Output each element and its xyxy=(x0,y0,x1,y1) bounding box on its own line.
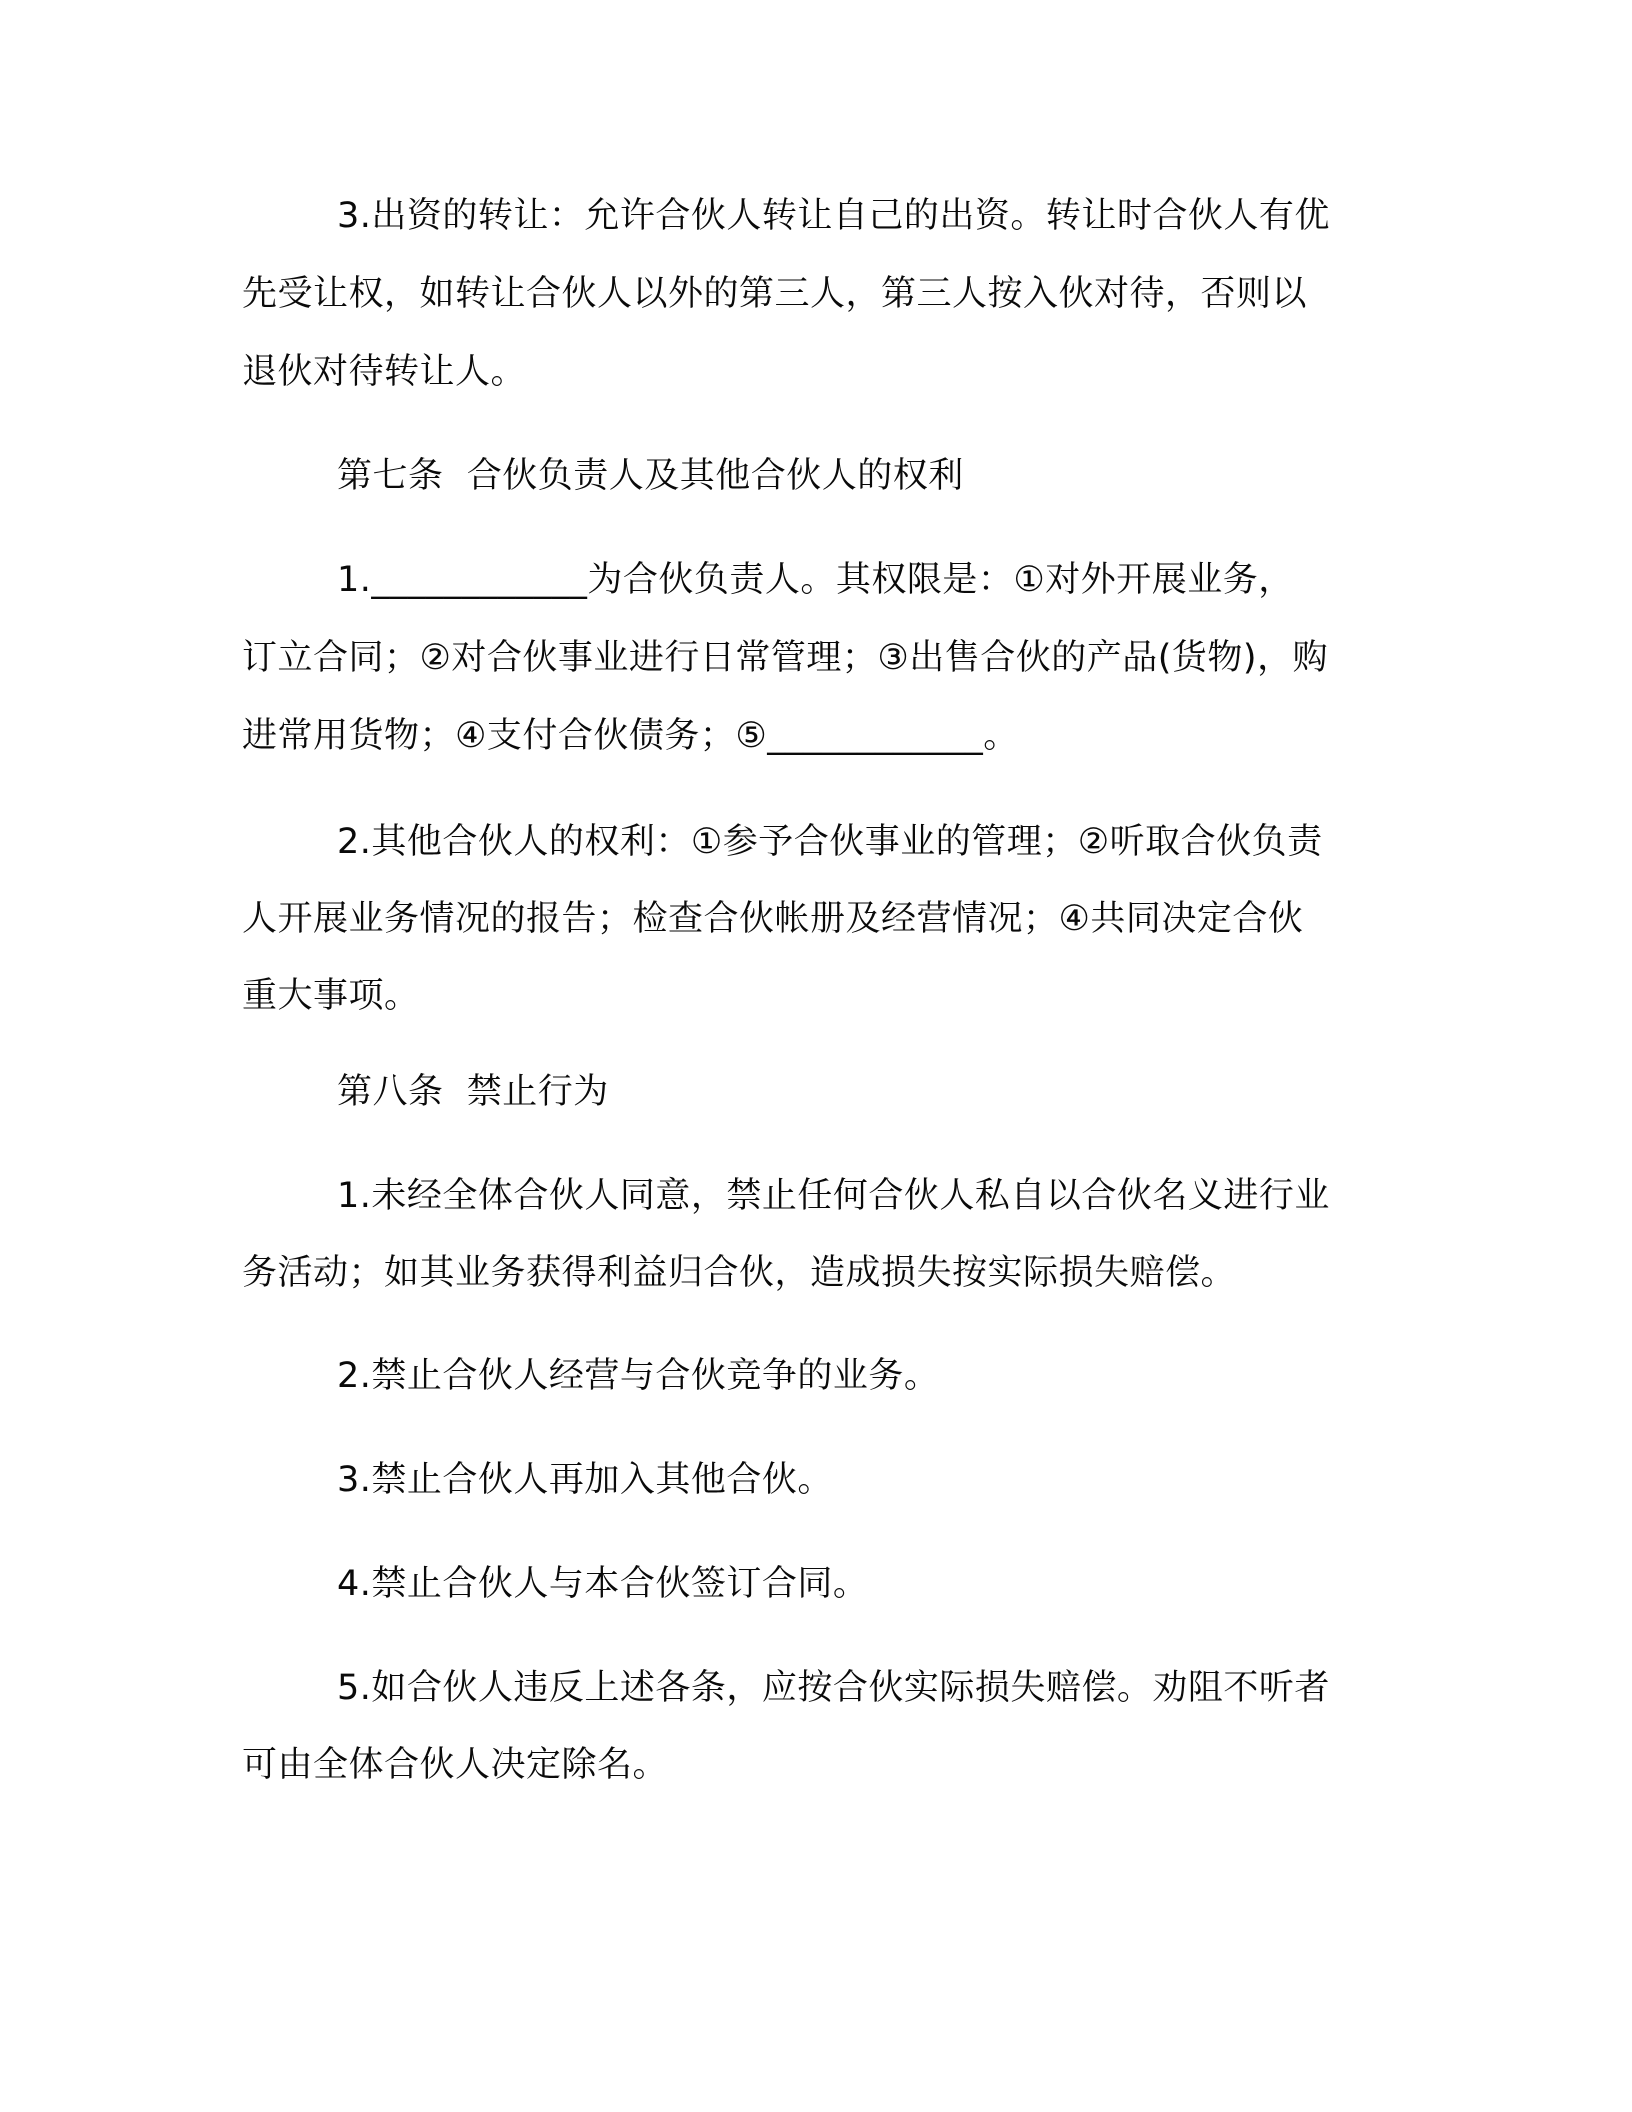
prohibition-4: 4.禁止合伙人与本合伙签订合同。 xyxy=(337,1564,868,1604)
article-7-heading: 第七条 合伙负责人及其他合伙人的权利 xyxy=(337,456,964,496)
paragraph-manager-line-3: 进常用货物；④支付合伙债务；⑤____________。 xyxy=(242,716,1019,756)
document-page: 3.出资的转让：允许合伙人转让自己的出资。转让时合伙人有优 先受让权，如转让合伙… xyxy=(0,0,1632,2112)
article-8-heading: 第八条 禁止行为 xyxy=(337,1072,609,1112)
paragraph-partner-rights-line-3: 重大事项。 xyxy=(242,976,420,1016)
paragraph-partner-rights-line-1: 2.其他合伙人的权利：①参予合伙事业的管理；②听取合伙负责 xyxy=(337,822,1323,862)
paragraph-manager-line-1: 1.____________为合伙负责人。其权限是：①对外开展业务， xyxy=(337,560,1294,600)
paragraph-manager-line-2: 订立合同；②对合伙事业进行日常管理；③出售合伙的产品(货物)，购 xyxy=(242,638,1328,678)
paragraph-transfer-line-2: 先受让权，如转让合伙人以外的第三人，第三人按入伙对待，否则以 xyxy=(242,274,1307,314)
prohibition-3: 3.禁止合伙人再加入其他合伙。 xyxy=(337,1460,833,1500)
prohibition-5-line-2: 可由全体合伙人决定除名。 xyxy=(242,1745,668,1785)
paragraph-partner-rights-line-2: 人开展业务情况的报告；检查合伙帐册及经营情况；④共同决定合伙 xyxy=(242,899,1303,939)
prohibition-1-line-2: 务活动；如其业务获得利益归合伙，造成损失按实际损失赔偿。 xyxy=(242,1253,1236,1293)
paragraph-transfer-line-1: 3.出资的转让：允许合伙人转让自己的出资。转让时合伙人有优 xyxy=(337,196,1330,236)
paragraph-transfer-line-3: 退伙对待转让人。 xyxy=(242,352,526,392)
prohibition-1-line-1: 1.未经全体合伙人同意，禁止任何合伙人私自以合伙名义进行业 xyxy=(337,1176,1330,1216)
prohibition-5-line-1: 5.如合伙人违反上述各条，应按合伙实际损失赔偿。劝阻不听者 xyxy=(337,1668,1330,1708)
prohibition-2: 2.禁止合伙人经营与合伙竞争的业务。 xyxy=(337,1356,939,1396)
